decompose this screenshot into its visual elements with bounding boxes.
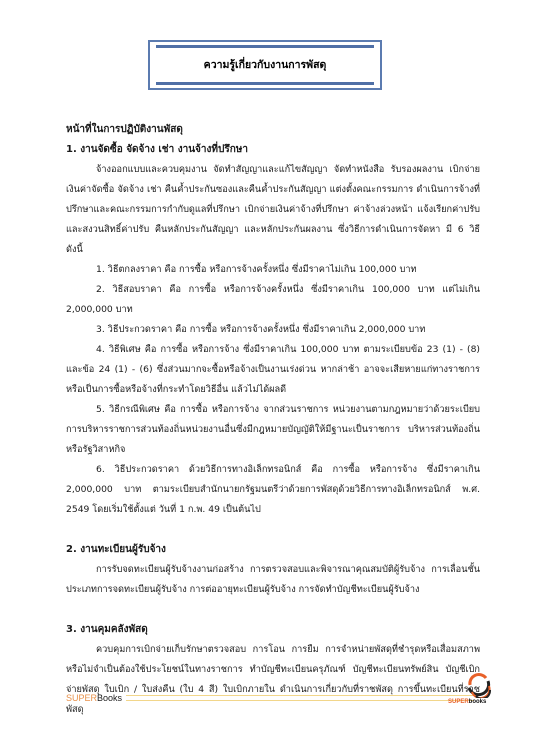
main-heading: หน้าที่ในการปฏิบัติงานพัสดุ: [66, 120, 480, 140]
page-title: ความรู้เกี่ยวกับงานการพัสดุ: [150, 56, 380, 73]
method-item: 4. วิธีพิเศษ คือ การซื้อ หรือการจ้าง ซึ่…: [66, 340, 480, 400]
document-body: หน้าที่ในการปฏิบัติงานพัสดุ 1. งานจัดซื้…: [66, 120, 480, 720]
logo-text: SUPERbooks: [448, 699, 486, 705]
title-bar-bottom: [156, 82, 374, 85]
method-item: 2. วิธีสอบราคา คือ การซื้อ หรือการจ้างคร…: [66, 280, 480, 320]
title-box: ความรู้เกี่ยวกับงานการพัสดุ: [148, 40, 382, 90]
method-item: 5. วิธีกรณีพิเศษ คือ การซื้อ หรือการจ้าง…: [66, 400, 480, 460]
method-item: 6. วิธีประกวดราคา ด้วยวิธีการทางอิเล็กทร…: [66, 460, 480, 520]
section-paragraph: ควบคุมการเบิกจ่ายเก็บรักษาตรวจสอบ การโอน…: [66, 640, 480, 720]
superbooks-logo: SUPERbooks: [448, 672, 528, 712]
section-paragraph: จ้างออกแบบและควบคุมงาน จัดทำสัญญาและแก้ไ…: [66, 160, 480, 260]
footer-brand-books: Books: [97, 693, 122, 703]
logo-books: books: [469, 699, 487, 705]
section-heading-procurement: 1. งานจัดซื้อ จัดจ้าง เช่า งานจ้างที่ปรึ…: [66, 140, 480, 160]
method-item: 1. วิธีตกลงราคา คือ การซื้อ หรือการจ้างค…: [66, 260, 480, 280]
spacer: [66, 600, 480, 620]
section-paragraph: การรับจดทะเบียนผู้รับจ้างงานก่อสร้าง การ…: [66, 560, 480, 600]
superbooks-logo-icon: [466, 672, 492, 698]
section-heading-contractor-registry: 2. งานทะเบียนผู้รับจ้าง: [66, 540, 480, 560]
footer-brand-super: SUPER: [66, 693, 97, 703]
logo-super: SUPER: [448, 699, 469, 705]
title-bar-top: [156, 45, 374, 48]
spacer: [66, 520, 480, 540]
footer: SUPER Books: [66, 690, 478, 706]
method-item: 3. วิธีประกวดราคา คือ การซื้อ หรือการจ้า…: [66, 320, 480, 340]
footer-divider: [126, 695, 474, 701]
section-heading-inventory: 3. งานคุมคลังพัสดุ: [66, 620, 480, 640]
